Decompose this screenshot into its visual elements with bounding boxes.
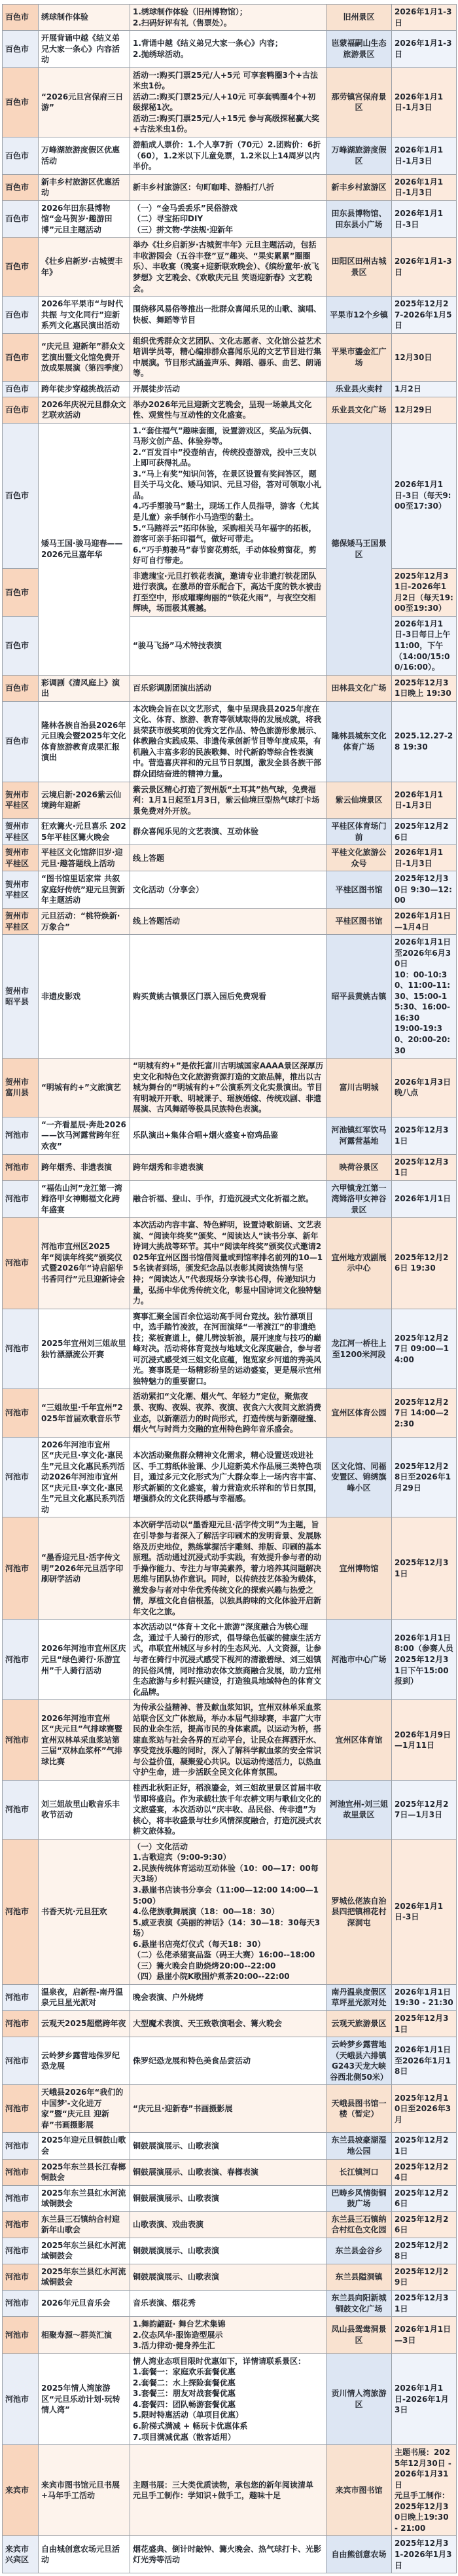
time-cell: 2026年1月1日—1月4日: [392, 909, 457, 935]
city-cell: 河池市: [3, 2185, 39, 2211]
activity-name-cell: 2026年平果市“与时代共振 与文化同行”迎新系列文化惠民演出活动: [39, 297, 130, 334]
activity-name-cell: 非遗皮影戏: [39, 935, 130, 1059]
city-cell: 河池市: [3, 1437, 39, 1517]
table-row: 贺州市昭平县非遗皮影戏购买黄姚古镇景区门票入园后免费观看昭平县黄姚古镇2026年…: [3, 935, 457, 1059]
time-cell: 2025年12月31日: [392, 2291, 457, 2317]
table-row: 河池市温泉夜，启新程-南丹温泉元旦星光派对晚会表演、户外烧烤南丹温泉度假区草坪星…: [3, 1984, 457, 2010]
activity-name-cell: 东兰县三石镇纳合村迎新年山歌会: [39, 2211, 130, 2238]
activity-name-cell: 万峰湖旅游度假区优惠活动: [39, 137, 130, 175]
location-cell: 六甲镇龙江第一湾姆洛甲女神谷景区: [326, 1180, 392, 1218]
activity-name-cell: “福佑山河”龙江第一湾姆洛甲女神赐福文化跨年盛宴: [39, 1180, 130, 1218]
time-cell: 2025年12月31日晚上 19:30: [392, 675, 457, 701]
location-cell: 岜蒙福嗣山生态旅游景区: [326, 31, 392, 68]
activity-content-cell: “骏马飞扬”马术特技表演: [130, 616, 326, 675]
table-row: 来宾市来宾市图书馆元旦书展+马年手工活动主题书展：三大类优质读物，承包您的新年阅…: [3, 2445, 457, 2536]
activity-name-cell: 2025年东兰县长江春榔铜鼓会: [39, 2159, 130, 2185]
location-cell: 宜州区体育馆: [326, 1700, 392, 1781]
activity-content-cell: 线上答题: [130, 845, 326, 871]
city-cell: 百色市: [3, 174, 39, 200]
time-cell: 2026年1月1日-1月3日: [392, 137, 457, 175]
location-cell: 云观天旅游景区: [326, 2010, 392, 2037]
activity-name-cell: 《壮乡启新岁·古城贺丰年》: [39, 238, 130, 297]
location-cell: 贡川情人湾旅游区: [326, 2353, 392, 2444]
city-cell: 河池市: [3, 1117, 39, 1154]
city-cell: 河池市: [3, 2211, 39, 2238]
city-cell: 河池市: [3, 1218, 39, 1309]
city-cell: 河池市: [3, 1984, 39, 2010]
table-row: 河池市2025年东兰县长江春榔铜鼓会铜鼓展演展示、山歌表演、春榔表演长江镇河口2…: [3, 2159, 457, 2185]
table-row: 河池市2025年东兰县红水河流域铜鼓会铜鼓展演展示、山歌表演东兰县金谷乡2025…: [3, 2238, 457, 2264]
city-cell: 贺州市平桂区: [3, 819, 39, 845]
city-cell: 来宾市: [3, 2445, 39, 2536]
table-row: 河池市河池市宜州区2025年“阅读年终奖”颁奖仪式暨2026年“诗启韶华 书香同…: [3, 1218, 457, 1309]
location-cell: 乐业县文化广场: [326, 397, 392, 423]
city-cell: 河池市: [3, 1154, 39, 1180]
time-cell: 2025年12月28日: [392, 2238, 457, 2264]
time-cell: 2026年1月9日—1月11日: [392, 1700, 457, 1781]
activity-name-cell: 跨年烟秀、非遗表演: [39, 1154, 130, 1180]
activity-content-cell: 百乐彩调剧团演出活动: [130, 675, 326, 701]
table-row: 河池市书香天坑·元旦狂欢（一）文化活动 1.古歌迎宾（9:00-9:30） 2.…: [3, 1839, 457, 1984]
activity-content-cell: 本次活动聚焦群众精神文化需求，精心设置送戏进社区、手工剪纸体验课、少儿迎新美术作…: [130, 1437, 326, 1517]
city-cell: 河池市: [3, 1700, 39, 1781]
time-cell: 2025年12月10日至2026年3月: [392, 2085, 457, 2133]
location-cell: 河池镇红军饮马河露营基地: [326, 1117, 392, 1154]
location-cell: 映荷谷景区: [326, 1154, 392, 1180]
city-cell: 河池市: [3, 2010, 39, 2037]
activity-content-cell: 围绕移风易俗等推出一批群众喜闻乐见的山歌、演唱、快板、舞蹈等节目: [130, 297, 326, 334]
activity-name-cell: “2026元旦宫保府三日游”: [39, 67, 130, 137]
city-cell: 河池市: [3, 2353, 39, 2444]
location-cell: 天峨县图书馆一楼（暂定）: [326, 2085, 392, 2133]
activity-name-cell: 2026年河池市宜州区庆元旦“绿色骑行·乐游宜州”千人骑行活动: [39, 1620, 130, 1700]
activity-name-cell: 2026年庆祝元旦群众文艺联欢活动: [39, 397, 130, 423]
time-cell: 2025年12月26日: [392, 819, 457, 845]
location-cell: 隆林县城东文化体育广场: [326, 701, 392, 782]
location-cell: 宜州博物馆: [326, 1517, 392, 1620]
location-cell: 龙江河一桥往上至1200米河段: [326, 1309, 392, 1389]
location-cell: 罗城仫佬族自治县四把镇棉花村深洞屯: [326, 1839, 392, 1984]
city-cell: 百色市: [3, 616, 39, 675]
activity-name-cell: 书香天坑·元旦狂欢: [39, 1839, 130, 1984]
time-cell: 2026年1月1日: [392, 1180, 457, 1218]
city-cell: 贺州市昭平县: [3, 935, 39, 1059]
city-cell: 河池市: [3, 2264, 39, 2290]
activity-content-cell: 紫云景区精心打造了贺州版“土耳其”热气球，免费福利：1月1日起至1月3日，紫云仙…: [130, 782, 326, 819]
city-cell: 百色市: [3, 200, 39, 238]
activity-content-cell: 烟花盛典、倒计时敲钟、篝火晚会、热气球打卡、光影灯光秀等活动: [130, 2536, 326, 2573]
activity-name-cell: 云境启新·2026紫云仙境跨年迎新: [39, 782, 130, 819]
table-row: 贺州市平桂区元旦活动：“桃符焕新·万象合”线上答题活动平桂区图书馆2026年1月…: [3, 909, 457, 935]
city-cell: 来宾市兴宾区: [3, 2536, 39, 2573]
city-cell: 河池市: [3, 2291, 39, 2317]
time-cell: 2025年12月24日: [392, 2159, 457, 2185]
city-cell: 百色市: [3, 238, 39, 297]
location-cell: 紫云仙境景区: [326, 782, 392, 819]
table-row: 百色市开展背诵中越《结义弟兄大家一条心》内容活动1.背诵中越《结义弟兄大家一条心…: [3, 31, 457, 68]
city-cell: 百色市: [3, 5, 39, 31]
table-row: 河池市跨年烟秀、非遗表演跨年烟秀和非遗表演映荷谷景区2025年12月31日: [3, 1154, 457, 1180]
time-cell: 12月29日: [392, 397, 457, 423]
city-cell: 百色市: [3, 137, 39, 175]
activity-content-cell: 新丰乡村旅游区：句町咖啡、游船打八折: [130, 174, 326, 200]
location-cell: 东兰县隘洞镇: [326, 2264, 392, 2290]
table-row: 河池市2025年迎元旦铜鼓山歌会铜鼓展演展示、山歌表演东兰县坡豪湖湿地公园202…: [3, 2133, 457, 2159]
location-cell: 宜州地方戏剧展示中心: [326, 1218, 392, 1309]
table-row: 河池市“福佑山河”龙江第一湾姆洛甲女神赐福文化跨年盛宴融合祈福、登山、手作，打造…: [3, 1180, 457, 1218]
time-cell: 2025年12月31-2026年1月3日: [392, 2536, 457, 2573]
activity-name-cell: 2026年河池市宜州区“庆元旦”气排球赛暨宜州双林单采血浆站第三届“双林血浆杯”…: [39, 1700, 130, 1781]
time-cell: 2026年1月3日晚八点: [392, 1059, 457, 1117]
time-cell: 2026年1月1日-1月3日: [392, 67, 457, 137]
time-cell: 2025年12月30日 9:30—12:00: [392, 871, 457, 909]
city-cell: 河池市: [3, 1180, 39, 1218]
city-cell: 百色市: [3, 701, 39, 782]
location-cell: 富川古明城: [326, 1059, 392, 1117]
table-row: 百色市隆林各族自治县2026年元旦晚会暨2025年文化体育旅游教育成果汇报演出本…: [3, 701, 457, 782]
city-cell: 河池市: [3, 1517, 39, 1620]
activity-content-cell: 主题书展：三大类优质读物，承包您的新年阅读清单 元旦手工制作：学知识+做手工，趣…: [130, 2445, 326, 2536]
activity-content-cell: 跨年烟秀和非遗表演: [130, 1154, 326, 1180]
activity-content-cell: 举办《壮乡启新岁·古城贺丰年》元旦主题活动，包括丰收游园会（五谷丰登”豆”趣夹、…: [130, 238, 326, 297]
table-row: 河池市天峨县2026年“我们的中国梦'-文化进万家”暨“庆元旦 迎新春”书画摄影…: [3, 2085, 457, 2133]
activity-name-cell: 刘三姐故里山歌音乐丰收节活动: [39, 1781, 130, 1840]
location-cell: 平桂区体育场门前: [326, 819, 392, 845]
location-cell: 河池市中心广场: [326, 1620, 392, 1700]
city-cell: 河池市: [3, 2238, 39, 2264]
table-row: 河池市刘三姐故里山歌音乐丰收节活动桂西北秋阳正好，稻浪鎏金，刘三姐故里景区首届丰…: [3, 1781, 457, 1840]
city-cell: 河池市: [3, 2133, 39, 2159]
city-cell: 百色市: [3, 568, 39, 616]
location-cell: 平桂区图书馆: [326, 871, 392, 909]
city-cell: 贺州市平桂区: [3, 782, 39, 819]
table-row: 百色市2026年平果市“与时代共振 与文化同行”迎新系列文化惠民演出活动围绕移风…: [3, 297, 457, 334]
location-cell: 德保矮马王国景区: [326, 423, 392, 675]
table-row: 百色市万峰湖旅游度假区优惠活动游船成人票价：1.个人享7折（70元）2.团购价：…: [3, 137, 457, 175]
activity-content-cell: 铜鼓展演展示、山歌表演、春榔表演: [130, 2159, 326, 2185]
table-row: 河池市“三姐故里·千年宜州”2025年首届欢歌音乐节活动紧扣“文化潮、烟火气、年…: [3, 1389, 457, 1437]
table-row: 河池市2026年河池市宜州区“庆元旦”气排球赛暨宜州双林单采血浆站第三届“双林血…: [3, 1700, 457, 1781]
activity-name-cell: 2025年情人湾旅游区“元旦乐动计划·玩转情人湾”: [39, 2353, 130, 2444]
location-cell: 河池宜州-刘三姐故里景区: [326, 1781, 392, 1840]
activity-name-cell: “一齐看星辰·奔赴2026——饮马河露营跨年狂欢夜”: [39, 1117, 130, 1154]
table-row: 河池市2025年宜州刘三姐故里独竹漂漂流公开赛赛事汇聚全国百余位运动高手同台竞技…: [3, 1309, 457, 1389]
time-cell: 2026年1月1日-3日: [392, 200, 457, 238]
activity-content-cell: 1.舞韵翩跹· 舞台艺术集锦 2.仪态风华·服饰造型展示 3.活力律动·健身养生…: [130, 2317, 326, 2354]
table-row: 百色市2026年庆祝元旦群众文艺联欢活动举办2026年元旦迎新文艺晚会，呈现一场…: [3, 397, 457, 423]
activity-content-cell: 本次研学活动以“墨香迎元旦·活字传文明”为主题，旨在引导参与者深入了解活字印刷术…: [130, 1517, 326, 1620]
activity-name-cell: 河池市宜州区2025年“阅读年终奖”颁奖仪式暨2026年“诗启韶华 书香同行”元…: [39, 1218, 130, 1309]
activity-content-cell: 本次晚会旨在以文艺形式，集中呈现我县2025年度在文化、体育、旅游、教育等领域取…: [130, 701, 326, 782]
time-cell: 2025年12月31日: [392, 1517, 457, 1620]
table-row: 百色市跨年徒步穿越挑战活动开展徒步活动乐业县火卖村1月2日: [3, 381, 457, 397]
time-cell: 2026年1月1日 19:30 - 21:30: [392, 1984, 457, 2010]
location-cell: 区文化馆、同福安置区、锦绣旗峰小区: [326, 1437, 392, 1517]
location-cell: 长江镇河口: [326, 2159, 392, 2185]
location-cell: 田林县文化广场: [326, 675, 392, 701]
table-row: 河池市2025年东兰县红水河流域铜鼓会铜鼓展演展示、山歌表演巴畴乡风情街铜鼓广场…: [3, 2185, 457, 2211]
activity-content-cell: （一）文化活动 1.古歌迎宾（9:00-9:30） 2.民族传统体育运动互动体验…: [130, 1839, 326, 1984]
city-cell: 百色市: [3, 297, 39, 334]
table-row: 河池市2025年东兰县红水河流域铜鼓会铜鼓展演展示、山歌表演东兰县隘洞镇2025…: [3, 2264, 457, 2290]
activity-content-cell: 文化活动（分享会）: [130, 871, 326, 909]
time-cell: 2026年1月1日-3日（每天9:00至17:30）: [392, 423, 457, 568]
activity-name-cell: “图书馆里话家常 共叙家庭好传统”迎元旦贺新年主题活动: [39, 871, 130, 909]
activity-content-cell: 本次活动内容丰富、特色鲜明，设置诗歌朗诵、文艺表演、“阅读年终奖”颁奖、“阅读达…: [130, 1218, 326, 1309]
time-cell: 2026年1月1日-2026年1月3日: [392, 2353, 457, 2444]
activity-name-cell: 矮马王国·骏马迎春——2026元旦嘉年华: [39, 423, 130, 675]
activity-content-cell: 桂西北秋阳正好，稻浪鎏金，刘三姐故里景区首届丰收节即将盛启。作为承载壮族千年农耕…: [130, 1781, 326, 1840]
table-row: 百色市“庆元旦 迎新年”群众文艺演出暨文化馆免费开放成果展演（第四季度）组织优秀…: [3, 333, 457, 381]
table-row: 河池市“一齐看星辰·奔赴2026——饮马河露营跨年狂欢夜”乐队演出+集体合唱+烟…: [3, 1117, 457, 1154]
location-cell: 平桂文化旅游公众号: [326, 845, 392, 871]
table-row: 百色市“2026元旦宫保府三日游”活动一:购买门票25元/人+5元 可享套鸭圈3…: [3, 67, 457, 137]
location-cell: 那劳镇宫保府景区: [326, 67, 392, 137]
location-cell: 云岭梦乡露营地（天峨县六排镇G243天龙大峡谷西北侧50米）: [326, 2037, 392, 2085]
activity-content-cell: “明城有约+”是依托富川古明城国家AAAA景区深厚历史文化和特色文化旅游资源打造…: [130, 1059, 326, 1117]
activity-name-cell: 云观天2025超燃跨年夜: [39, 2010, 130, 2037]
time-cell: 1月2日: [392, 381, 457, 397]
activity-name-cell: 2025年东兰县红水河流域铜鼓会: [39, 2264, 130, 2290]
activity-content-cell: 赛事汇聚全国百余位运动高手同台竞技。独竹漂项目中，选手踏竹凌波，在河面演绎“一苇…: [130, 1309, 326, 1389]
activity-name-cell: 2026年田东县博物馆“金马贺岁·趣游田博”元旦主题活动: [39, 200, 130, 238]
activity-content-cell: 情人湾业态项目限时优惠如下，详情请联系景区： 1.套餐一：家庭欢乐套餐优惠 2.…: [130, 2353, 326, 2444]
table-row: 百色市《壮乡启新岁·古城贺丰年》举办《壮乡启新岁·古城贺丰年》元旦主题活动，包括…: [3, 238, 457, 297]
table-row: 贺州市富川县“明城有约+”文旅演艺“明城有约+”是依托富川古明城国家AAAA景区…: [3, 1059, 457, 1117]
time-cell: 2025年12月26日: [392, 2211, 457, 2238]
activity-content-cell: 铜鼓展演展示、山歌表演: [130, 2185, 326, 2211]
activity-name-cell: 相聚寿源～群英汇演: [39, 2317, 130, 2354]
table-row: 贺州市平桂区狂欢篝火·元旦喜乐 2025年平桂区篝火晚会群众喜闻乐见的文艺表演、…: [3, 819, 457, 845]
time-cell: 2026年1月1日8:00（参赛人员2025年12月31日下午15:00报到）: [392, 1620, 457, 1700]
activity-name-cell: 平桂区文化馆辞旧岁·迎元旦·趣答题线上活动: [39, 845, 130, 871]
activity-content-cell: （一）“金马丢丢乐”民俗游戏 （二）寻宝拓印DIY （三）拼文物·学法规·迎新年: [130, 200, 326, 238]
table-row: 百色市彩调剧《清风庭上》演出百乐彩调剧团演出活动田林县文化广场2025年12月3…: [3, 675, 457, 701]
activity-content-cell: 铜鼓展演展示、山歌表演: [130, 2264, 326, 2290]
activity-content-cell: 音乐表演、烟花秀: [130, 2291, 326, 2317]
activity-content-cell: 铜鼓展演展示、山歌表演: [130, 2133, 326, 2159]
city-cell: 河池市: [3, 1781, 39, 1840]
location-cell: 平果市12个乡镇: [326, 297, 392, 334]
location-cell: 新丰乡村旅游区: [326, 174, 392, 200]
location-cell: 田阳区田州古城景区: [326, 238, 392, 297]
city-cell: 贺州市平桂区: [3, 871, 39, 909]
activity-name-cell: 温泉夜，启新程-南丹温泉元旦星光派对: [39, 1984, 130, 2010]
city-cell: 百色市: [3, 381, 39, 397]
activity-content-cell: 融合祈福、登山、手作，打造沉浸式文化祈福之旅。: [130, 1180, 326, 1218]
table-row: 百色市2026年田东县博物馆“金马贺岁·趣游田博”元旦主题活动（一）“金马丢丢乐…: [3, 200, 457, 238]
city-cell: 百色市: [3, 67, 39, 137]
city-cell: 贺州市平桂区: [3, 909, 39, 935]
city-cell: 河池市: [3, 2317, 39, 2354]
activity-content-cell: 大型魔术表演、天王致敬演唱会、篝火晚会: [130, 2010, 326, 2037]
location-cell: 东兰县向阳新城铜鼓文化广场: [326, 2291, 392, 2317]
activity-content-cell: 开展徒步活动: [130, 381, 326, 397]
activity-name-cell: “庆元旦 迎新年”群众文艺演出暨文化馆免费开放成果展演（第四季度）: [39, 333, 130, 381]
activity-name-cell: 来宾市图书馆元旦书展+马年手工活动: [39, 2445, 130, 2536]
activity-name-cell: 云岭梦乡露营地侏罗纪恐龙展: [39, 2037, 130, 2085]
location-cell: 田东县博物馆、田东县小广场: [326, 200, 392, 238]
city-cell: 百色市: [3, 333, 39, 381]
location-cell: 巴畴乡风情街铜鼓广场: [326, 2185, 392, 2211]
table-row: 来宾市兴宾区自由城创意农场元旦活动烟花盛典、倒计时敲钟、篝火晚会、热气球打卡、光…: [3, 2536, 457, 2573]
time-cell: 2025年12月29日: [392, 2264, 457, 2290]
location-cell: 凤山县鸳鸯洞景区: [326, 2317, 392, 2354]
city-cell: 河池市: [3, 2159, 39, 2185]
time-cell: 主题书展：2025年12月30日 - 2026年1月31日 元旦手工制作：202…: [392, 2445, 457, 2536]
activity-content-cell: 活动一:购买门票25元/人+5元 可享套鸭圈3个+古法米虫1份。 活动二:购买门…: [130, 67, 326, 137]
location-cell: 万峰湖旅游度假区: [326, 137, 392, 175]
time-cell: 2025年12月31日: [392, 2010, 457, 2037]
city-cell: 河池市: [3, 1309, 39, 1389]
activity-content-cell: 购买黄姚古镇景区门票入园后免费观看: [130, 935, 326, 1059]
city-cell: 贺州市平桂区: [3, 845, 39, 871]
table-row: 河池市2025年情人湾旅游区“元旦乐动计划·玩转情人湾”情人湾业态项目限时优惠如…: [3, 2353, 457, 2444]
time-cell: 2026年1月1日-3日每日上午11:00，下午（14:00/15:00/16:…: [392, 616, 457, 675]
activities-table-body: 百色市绣球制作体验1.绣球制作体验（旧州博物馆）； 2.扫码好评有礼（售票处）。…: [3, 5, 457, 2573]
activity-content-cell: 线上答题活动: [130, 909, 326, 935]
activity-name-cell: 新丰乡村旅游区优惠活动: [39, 174, 130, 200]
activity-name-cell: 2025年东兰县红水河流域铜鼓会: [39, 2185, 130, 2211]
table-row: 河池市2026年河池市宜州区庆元旦“绿色骑行·乐游宜州”千人骑行活动本次活动以“…: [3, 1620, 457, 1700]
activity-content-cell: 1.背诵中越《结义弟兄大家一条心》内容； 2.抛绣球活动。: [130, 31, 326, 68]
activity-name-cell: 开展背诵中越《结义弟兄大家一条心》内容活动: [39, 31, 130, 68]
activity-name-cell: “墨香迎元旦·活字传文明”2026年元旦活字印刷研学活动: [39, 1517, 130, 1620]
activities-table: 百色市绣球制作体验1.绣球制作体验（旧州博物馆）； 2.扫码好评有礼（售票处）。…: [2, 4, 457, 2573]
activity-content-cell: 1.绣球制作体验（旧州博物馆）； 2.扫码好评有礼（售票处）。: [130, 5, 326, 31]
location-cell: 平桂区图书馆: [326, 909, 392, 935]
location-cell: 旧州景区: [326, 5, 392, 31]
time-cell: 2026年1月1-3日: [392, 5, 457, 31]
city-cell: 河池市: [3, 2037, 39, 2085]
table-row: 河池市云岭梦乡露营地侏罗纪恐龙展侏罗纪恐龙展和特色美食品尝活动云岭梦乡露营地（天…: [3, 2037, 457, 2085]
time-cell: 2026年1月1日-1月3日: [392, 174, 457, 200]
activity-content-cell: 本次活动以“体育＋文化＋旅游”深度融合为核心理念，通过千人骑行的形式，倡导绿色低…: [130, 1620, 326, 1700]
time-cell: 2026年1月1日至2026年1月18日: [392, 2037, 457, 2085]
time-cell: 2026年1月1-3日: [392, 31, 457, 68]
location-cell: 南丹温泉度假区草坪星光派对处: [326, 1984, 392, 2010]
city-cell: 河池市: [3, 1839, 39, 1984]
city-cell: 百色市: [3, 675, 39, 701]
location-cell: 来宾市图书馆: [326, 2445, 392, 2536]
activity-content-cell: 举办2026年元旦迎新文艺晚会，呈现一场兼具文化性、观赏性与互动性的文化盛宴。: [130, 397, 326, 423]
activity-name-cell: 跨年徒步穿越挑战活动: [39, 381, 130, 397]
activity-name-cell: 2025年迎元旦铜鼓山歌会: [39, 2133, 130, 2159]
activity-name-cell: 彩调剧《清风庭上》演出: [39, 675, 130, 701]
location-cell: 东兰县坡豪湖湿地公园: [326, 2133, 392, 2159]
time-cell: 2025年12月27日 14:00—22:30: [392, 1389, 457, 1437]
time-cell: 2025年12月31日-2026年1月2日（每天19:00至19:30）: [392, 568, 457, 616]
table-row: 河池市2026年河池市宜州区“庆元旦·享文化·惠民生”元旦文化惠民系列活动202…: [3, 1437, 457, 1517]
activity-name-cell: “三姐故里·千年宜州”2025年首届欢歌音乐节: [39, 1389, 130, 1437]
location-cell: 平果市鎏金汇广场: [326, 333, 392, 381]
city-cell: 百色市: [3, 397, 39, 423]
table-row: 百色市新丰乡村旅游区优惠活动新丰乡村旅游区：句町咖啡、游船打八折新丰乡村旅游区2…: [3, 174, 457, 200]
activity-content-cell: 群众喜闻乐见的文艺表演、互动体验: [130, 819, 326, 845]
time-cell: 2026年1月1日-1月3日: [392, 782, 457, 819]
activity-content-cell: 非遗瑰宝·元旦打铁花表演，邀请专业非遗打铁花团队进行表演。在激昂的音乐配合下，高…: [130, 568, 326, 616]
table-row: 河池市东兰县三石镇纳合村迎新年山歌会山歌表演、戏曲表演东兰县三石镇纳合村红色文化…: [3, 2211, 457, 2238]
activity-content-cell: 乐队演出+集体合唱+烟火盛宴+窑鸡品鉴: [130, 1117, 326, 1154]
table-row: 河池市相聚寿源～群英汇演1.舞韵翩跹· 舞台艺术集锦 2.仪态风华·服饰造型展示…: [3, 2317, 457, 2354]
table-row: 贺州市平桂区云境启新·2026紫云仙境跨年迎新紫云景区精心打造了贺州版“土耳其”…: [3, 782, 457, 819]
activity-content-cell: 侏罗纪恐龙展和特色美食品尝活动: [130, 2037, 326, 2085]
time-cell: 2026年1月1-3日: [392, 238, 457, 297]
table-row: 河池市2026年元旦音乐会音乐表演、烟花秀东兰县向阳新城铜鼓文化广场2025年1…: [3, 2291, 457, 2317]
city-cell: 百色市: [3, 31, 39, 68]
activity-content-cell: 铜鼓展演展示、山歌表演: [130, 2238, 326, 2264]
time-cell: 2026年1月1日至2026年6月30日 10：00-10:30、11:00-1…: [392, 935, 457, 1059]
table-row: 河池市云观天2025超燃跨年夜大型魔术表演、天王致敬演唱会、篝火晚会云观天旅游景…: [3, 2010, 457, 2037]
time-cell: 2025年12月27日—1月3日: [392, 1781, 457, 1840]
table-row: 贺州市平桂区“图书馆里话家常 共叙家庭好传统”迎元旦贺新年主题活动文化活动（分享…: [3, 871, 457, 909]
table-row: 百色市矮马王国·骏马迎春——2026元旦嘉年华1.“套住福气”趣味套圈，设置游戏…: [3, 423, 457, 568]
location-cell: 东兰县金谷乡: [326, 2238, 392, 2264]
time-cell: 2026年1月1日-3日: [392, 1839, 457, 1984]
location-cell: 乐业县火卖村: [326, 381, 392, 397]
table-row: 百色市绣球制作体验1.绣球制作体验（旧州博物馆）； 2.扫码好评有礼（售票处）。…: [3, 5, 457, 31]
time-cell: 2026年1月1日—3日: [392, 2317, 457, 2354]
activity-name-cell: 元旦活动：“桃符焕新·万象合”: [39, 909, 130, 935]
location-cell: 宜州区体育公园: [326, 1389, 392, 1437]
table-row: 河池市“墨香迎元旦·活字传文明”2026年元旦活字印刷研学活动本次研学活动以“墨…: [3, 1517, 457, 1620]
city-cell: 贺州市富川县: [3, 1059, 39, 1117]
activity-content-cell: 1.“套住福气”趣味套圈，设置游戏区，奖品为玩偶、马形文创产品、体验券等。 2.…: [130, 423, 326, 568]
city-cell: 河池市: [3, 1620, 39, 1700]
activity-name-cell: 绣球制作体验: [39, 5, 130, 31]
activity-name-cell: 2025年东兰县红水河流域铜鼓会: [39, 2238, 130, 2264]
time-cell: 12月30日: [392, 333, 457, 381]
activity-content-cell: 山歌表演、戏曲表演: [130, 2211, 326, 2238]
activity-name-cell: 天峨县2026年“我们的中国梦'-文化进万家”暨“庆元旦 迎新春”书画摄影展: [39, 2085, 130, 2133]
activity-name-cell: 隆林各族自治县2026年元旦晚会暨2025年文化体育旅游教育成果汇报演出: [39, 701, 130, 782]
location-cell: 昭平县黄姚古镇: [326, 935, 392, 1059]
activity-content-cell: 活动紧扣“文化潮、烟火气、年轻力”定位，聚焦夜景、夜购、夜娱、夜养、夜演、夜食六…: [130, 1389, 326, 1437]
time-cell: 2025年12月21日: [392, 2133, 457, 2159]
time-cell: 2025.12.27-28 19:30: [392, 701, 457, 782]
time-cell: 2025年12月27-2026年1月5日: [392, 297, 457, 334]
time-cell: 2025年12月28日至2026年1月29日: [392, 1437, 457, 1517]
city-cell: 河池市: [3, 1389, 39, 1437]
activity-name-cell: 2026年河池市宜州区“庆元旦·享文化·惠民生”元旦文化惠民系列活动2026年河…: [39, 1437, 130, 1517]
time-cell: 2025年12月27日 09:00—14:00: [392, 1309, 457, 1389]
activities-page: 百色市绣球制作体验1.绣球制作体验（旧州博物馆）； 2.扫码好评有礼（售票处）。…: [0, 0, 458, 2576]
time-cell: 2025年12月26日: [392, 2185, 457, 2211]
time-cell: 2025年12月31日: [392, 1117, 457, 1154]
activity-content-cell: “庆元旦·迎新春”书画摄影展: [130, 2085, 326, 2133]
activity-name-cell: 2025年宜州刘三姐故里独竹漂漂流公开赛: [39, 1309, 130, 1389]
time-cell: 2025年12月31日: [392, 1154, 457, 1180]
activity-name-cell: 狂欢篝火·元旦喜乐 2025年平桂区篝火晚会: [39, 819, 130, 845]
activity-content-cell: 游船成人票价：1.个人享7折（70元）2.团购价：6折（60），1.2米以下儿童…: [130, 137, 326, 175]
city-cell: 百色市: [3, 423, 39, 568]
activity-name-cell: 2026年元旦音乐会: [39, 2291, 130, 2317]
time-cell: 2026年1月1日-1月3日: [392, 845, 457, 871]
activity-name-cell: 自由城创意农场元旦活动: [39, 2536, 130, 2573]
location-cell: 东兰县三石镇纳合村红色文化园: [326, 2211, 392, 2238]
city-cell: 河池市: [3, 2085, 39, 2133]
activity-content-cell: 为传承公益精神、普及献血浆知识，宜州双林单采血浆站联合区文广体旅局，举办本届气排…: [130, 1700, 326, 1781]
activity-name-cell: “明城有约+”文旅演艺: [39, 1059, 130, 1117]
activity-content-cell: 组织优秀群众文艺团队、文化志愿者、文化馆公益艺术培训学员等，精心编排群众喜闻乐见…: [130, 333, 326, 381]
location-cell: 自由熊创意农场: [326, 2536, 392, 2573]
time-cell: 2025年12月26日 19:30: [392, 1218, 457, 1309]
activity-content-cell: 晚会表演、户外烧烤: [130, 1984, 326, 2010]
table-row: 贺州市平桂区平桂区文化馆辞旧岁·迎元旦·趣答题线上活动线上答题平桂文化旅游公众号…: [3, 845, 457, 871]
